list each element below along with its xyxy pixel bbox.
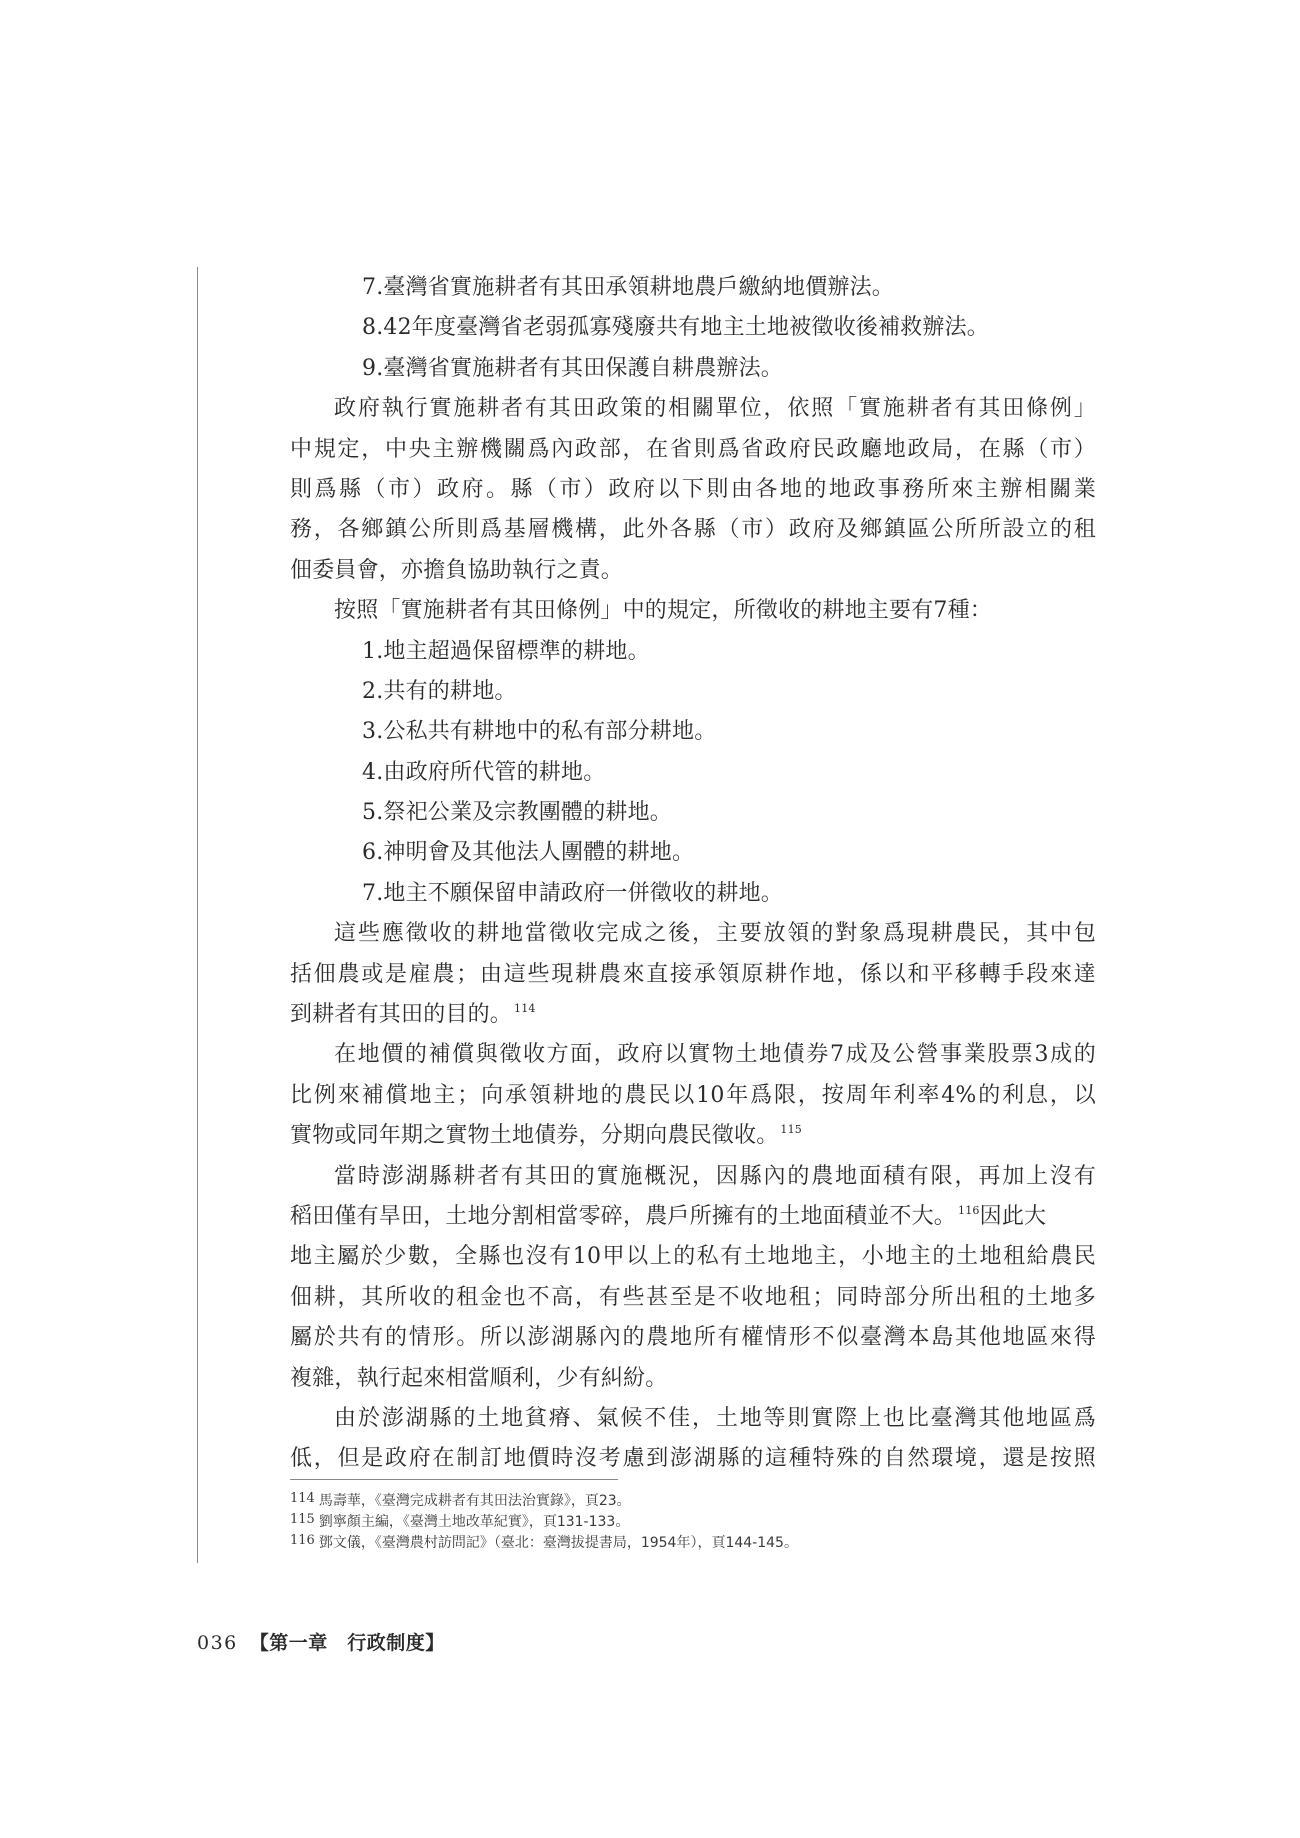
footnote-ref-116[interactable]: 116 (958, 1204, 980, 1217)
land-type-item: 6.神明會及其他法人團體的耕地。 (290, 833, 1096, 873)
paragraph-text: 到耕者有其田的目的。 (290, 1002, 512, 1027)
page-footer: 036【第一章 行政制度】 (197, 1628, 445, 1655)
paragraph-text: 因此大 (980, 1204, 1047, 1229)
land-type-item: 1.地主超過保留標準的耕地。 (290, 632, 1096, 672)
paragraph-line: 實物或同年期之實物土地債券，分期向農民徵收。115 (290, 1116, 1096, 1156)
paragraph-line: 由於澎湖縣的土地貧瘠、氣候不佳，土地等則實際上也比臺灣其他地區爲 (290, 1399, 1096, 1439)
footnote-114: 114馬壽華，《臺灣完成耕者有其田法治實錄》，頁23。 (290, 1488, 1110, 1509)
land-type-item: 5.祭祀公業及宗教團體的耕地。 (290, 793, 1096, 833)
footnote-number: 115 (290, 1512, 315, 1527)
chapter-label: 【第一章 行政制度】 (250, 1632, 445, 1654)
regulation-item: 9.臺灣省實施耕者有其田保護自耕農辦法。 (290, 349, 1096, 389)
footnote-number: 116 (290, 1533, 315, 1548)
paragraph-text: 稻田僅有旱田，土地分割相當零碎，農戶所擁有的土地面積並不大。 (290, 1204, 956, 1229)
footnote-116: 116鄧文儀，《臺灣農村訪問記》（臺北：臺灣拔提書局，1954年），頁144-1… (290, 1530, 1110, 1551)
paragraph-line: 在地價的補償與徵收方面，政府以實物土地債券7成及公營事業股票3成的 (290, 1035, 1096, 1075)
paragraph-line: 屬於共有的情形。所以澎湖縣內的農地所有權情形不似臺灣本島其他地區來得 (290, 1318, 1096, 1358)
paragraph-line: 這些應徵收的耕地當徵收完成之後，主要放領的對象爲現耕農民，其中包 (290, 914, 1096, 954)
paragraph-line: 佃耕，其所收的租金也不高，有些甚至是不收地租；同時部分所出租的土地多 (290, 1278, 1096, 1318)
paragraph-line: 地主屬於少數，全縣也沒有10甲以上的私有土地地主，小地主的土地租給農民 (290, 1237, 1096, 1277)
regulation-item: 7.臺灣省實施耕者有其田承領耕地農戶繳納地價辦法。 (290, 268, 1096, 308)
paragraph-line: 到耕者有其田的目的。114 (290, 995, 1096, 1035)
paragraph-line: 括佃農或是雇農；由這些現耕農來直接承領原耕作地，係以和平移轉手段來達 (290, 955, 1096, 995)
paragraph-penghu: 當時澎湖縣耕者有其田的實施概況，因縣內的農地面積有限，再加上沒有 稻田僅有旱田，… (290, 1157, 1096, 1399)
paragraph-types-intro: 按照「實施耕者有其田條例」中的規定，所徵收的耕地主要有7種： (290, 591, 1096, 631)
paragraph-line: 稻田僅有旱田，土地分割相當零碎，農戶所擁有的土地面積並不大。116因此大 (290, 1197, 1096, 1237)
paragraph-line: 政府執行實施耕者有其田政策的相關單位，依照「實施耕者有其田條例」 (290, 389, 1096, 429)
footnote-text: 鄧文儀，《臺灣農村訪問記》（臺北：臺灣拔提書局，1954年），頁144-145。 (319, 1535, 798, 1551)
paragraph-price: 由於澎湖縣的土地貧瘠、氣候不佳，土地等則實際上也比臺灣其他地區爲 低，但是政府在… (290, 1399, 1096, 1480)
land-types-list: 1.地主超過保留標準的耕地。 2.共有的耕地。 3.公私共有耕地中的私有部分耕地… (290, 632, 1096, 915)
footnote-115: 115劉寧顏主編，《臺灣土地改革紀實》，頁131-133。 (290, 1509, 1110, 1530)
paragraph-line: 比例來補償地主；向承領耕地的農民以10年爲限，按周年利率4%的利息，以 (290, 1076, 1096, 1116)
paragraph-line: 中規定，中央主辦機關爲內政部，在省則爲省政府民政廳地政局，在縣（市） (290, 430, 1096, 470)
page-number: 036 (197, 1632, 238, 1654)
paragraph-agencies: 政府執行實施耕者有其田政策的相關單位，依照「實施耕者有其田條例」 中規定，中央主… (290, 389, 1096, 591)
footnote-ref-115[interactable]: 115 (780, 1123, 802, 1136)
paragraph-line: 當時澎湖縣耕者有其田的實施概況，因縣內的農地面積有限，再加上沒有 (290, 1157, 1096, 1197)
paragraph-line: 低，但是政府在制訂地價時沒考慮到澎湖縣的這種特殊的自然環境，還是按照 (290, 1439, 1096, 1479)
footnotes: 114馬壽華，《臺灣完成耕者有其田法治實錄》，頁23。 115劉寧顏主編，《臺灣… (290, 1488, 1110, 1551)
regulation-item: 8.42年度臺灣省老弱孤寡殘廢共有地主土地被徵收後補救辦法。 (290, 308, 1096, 348)
body-text: 7.臺灣省實施耕者有其田承領耕地農戶繳納地價辦法。 8.42年度臺灣省老弱孤寡殘… (290, 268, 1096, 1480)
paragraph-line: 則爲縣（市）政府。縣（市）政府以下則由各地的地政事務所來主辦相關業 (290, 470, 1096, 510)
footnote-text: 馬壽華，《臺灣完成耕者有其田法治實錄》，頁23。 (319, 1493, 631, 1509)
paragraph-compensation: 在地價的補償與徵收方面，政府以實物土地債券7成及公營事業股票3成的 比例來補償地… (290, 1035, 1096, 1156)
paragraph-line: 複雜，執行起來相當順利，少有糾紛。 (290, 1359, 1096, 1399)
footnote-text: 劉寧顏主編，《臺灣土地改革紀實》，頁131-133。 (319, 1514, 630, 1530)
land-type-item: 4.由政府所代管的耕地。 (290, 753, 1096, 793)
footnote-number: 114 (290, 1491, 315, 1506)
land-type-item: 2.共有的耕地。 (290, 672, 1096, 712)
footnote-ref-114[interactable]: 114 (514, 1002, 536, 1015)
paragraph-text: 實物或同年期之實物土地債券，分期向農民徵收。 (290, 1123, 778, 1148)
paragraph-line: 務，各鄉鎮公所則爲基層機構，此外各縣（市）政府及鄉鎮區公所所設立的租 (290, 510, 1096, 550)
paragraph-recipients: 這些應徵收的耕地當徵收完成之後，主要放領的對象爲現耕農民，其中包 括佃農或是雇農… (290, 914, 1096, 1035)
land-type-item: 7.地主不願保留申請政府一併徵收的耕地。 (290, 874, 1096, 914)
margin-rule (197, 267, 198, 1563)
land-type-item: 3.公私共有耕地中的私有部分耕地。 (290, 712, 1096, 752)
paragraph-line: 佃委員會，亦擔負協助執行之責。 (290, 551, 1096, 591)
footnote-separator (290, 1479, 618, 1480)
